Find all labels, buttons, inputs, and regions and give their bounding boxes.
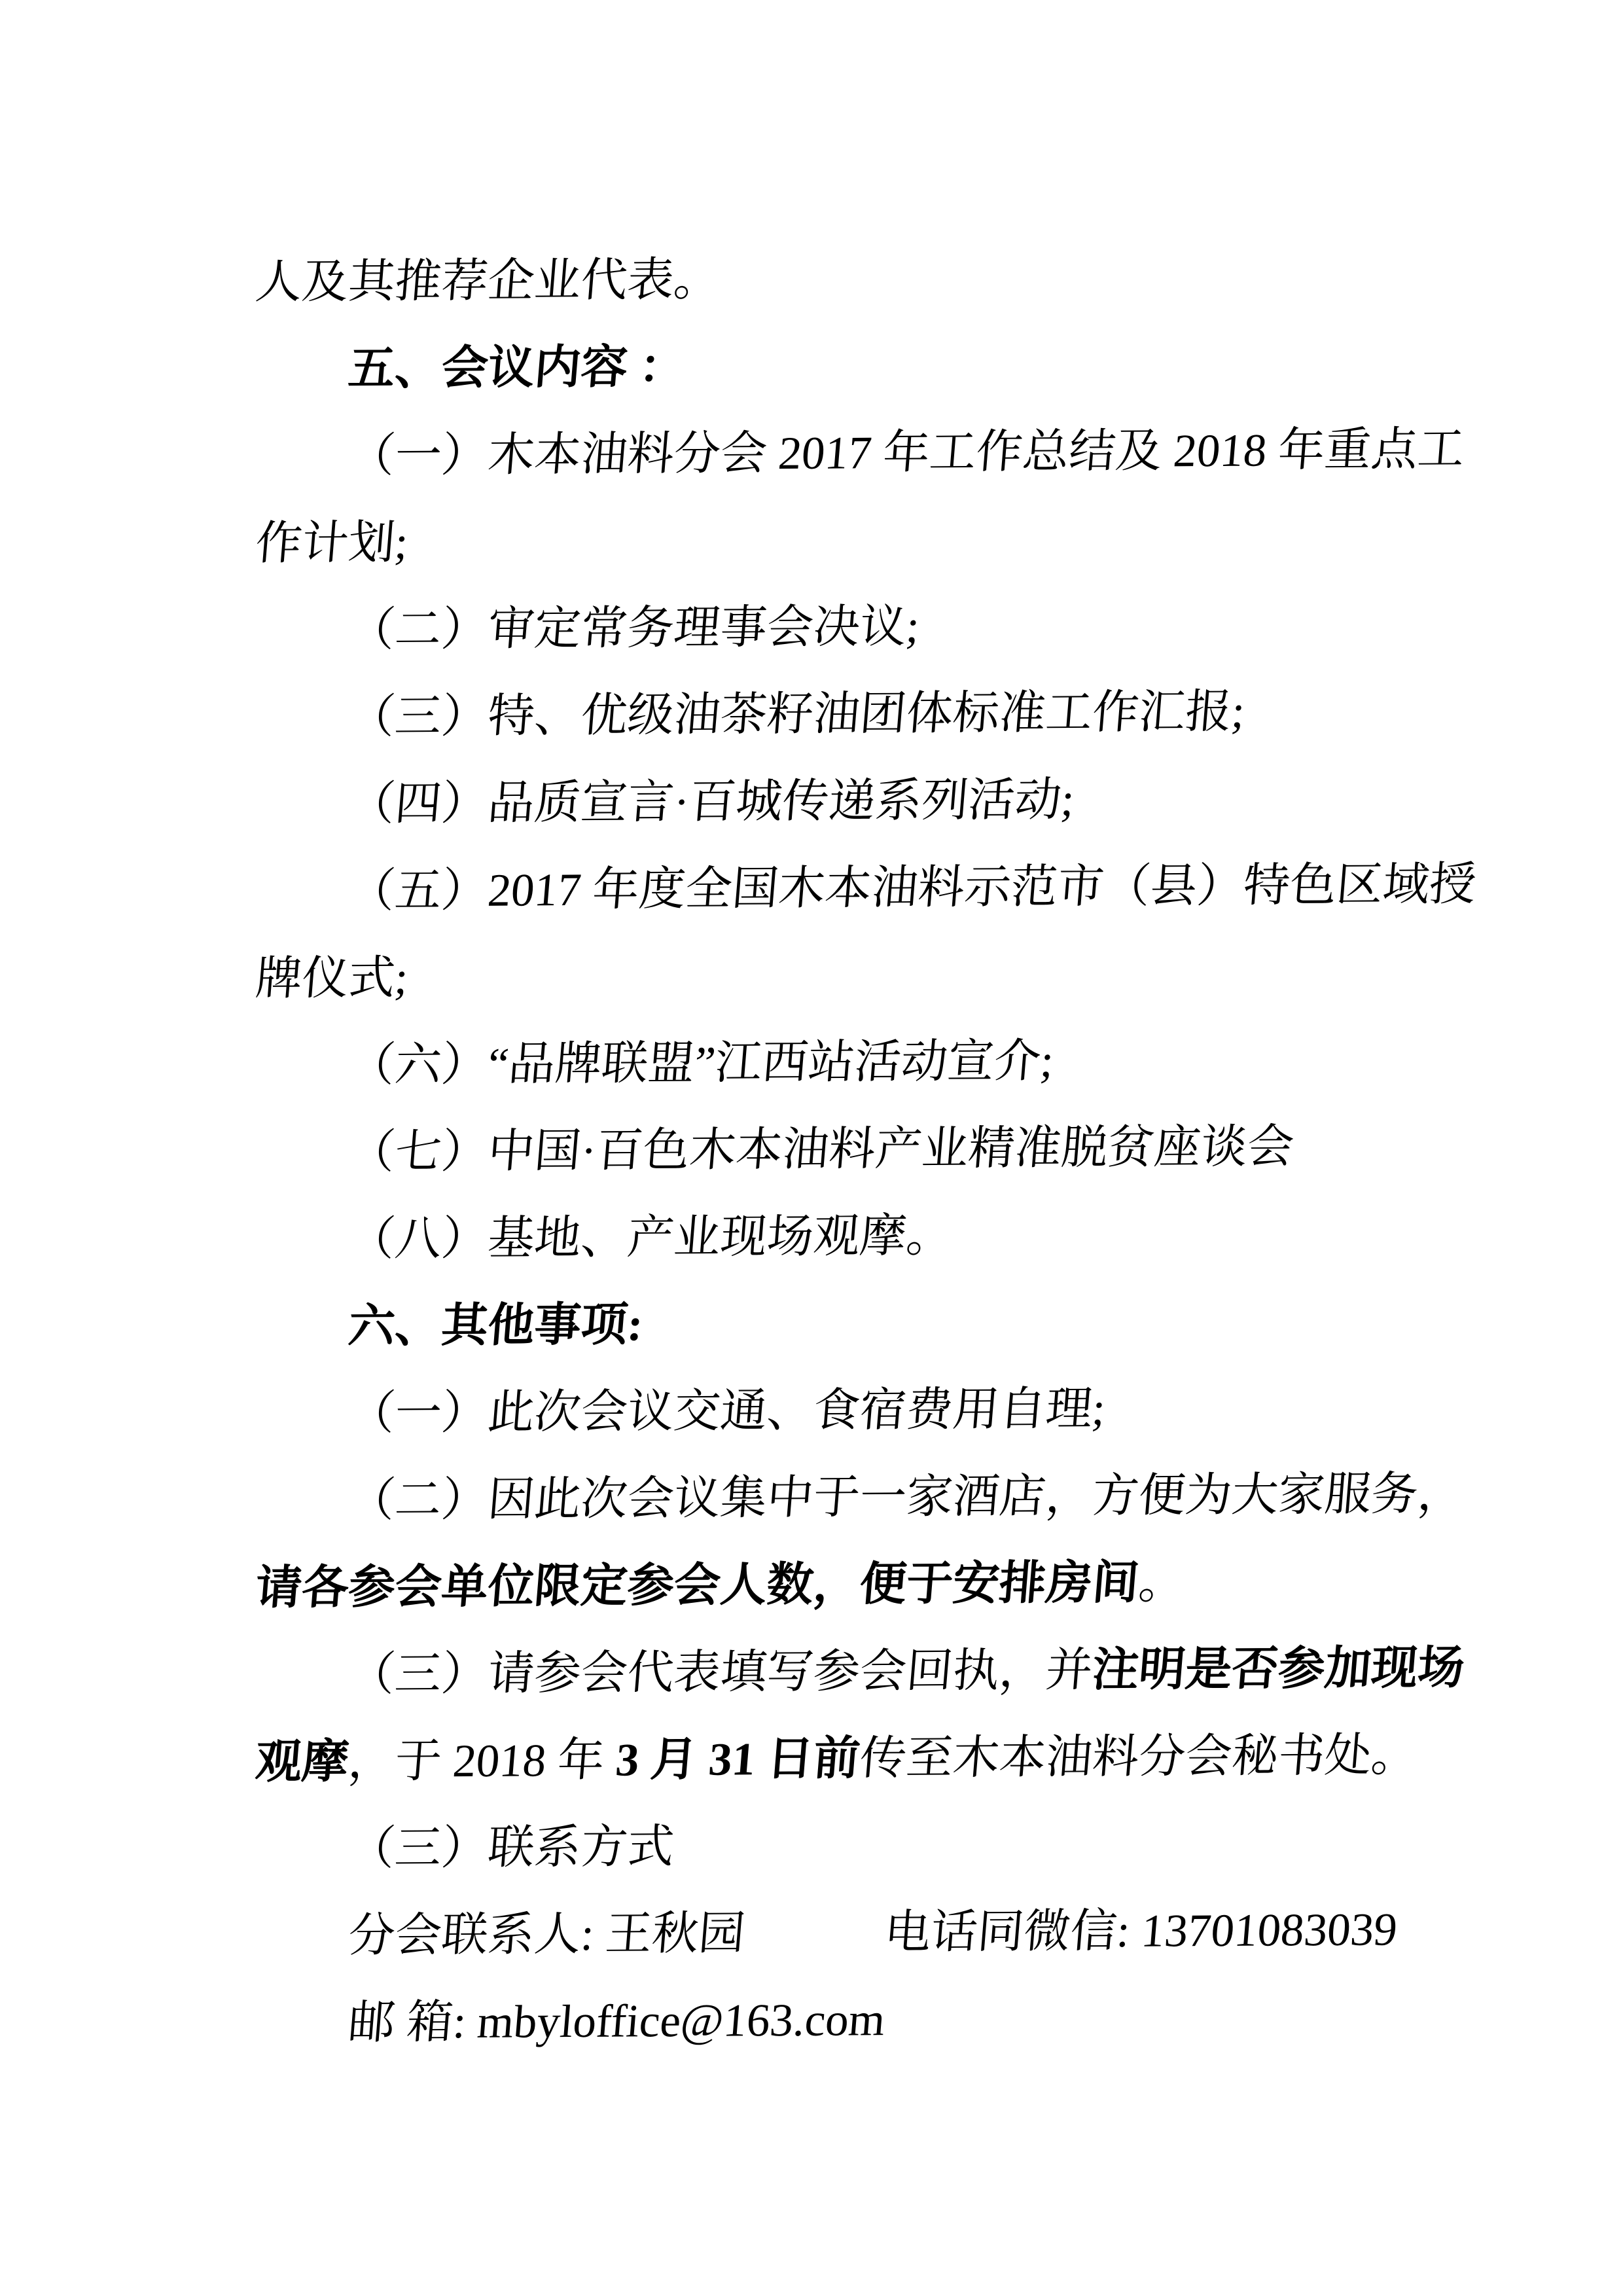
heading-text-run: 五、会议内容 ： — [346, 342, 687, 395]
text-run: （一）此次会议交通、食宿费用自理; — [346, 1384, 1107, 1439]
item-6-2-line-1: （二）因此次会议集中于一家酒店，方便为大家服务， — [252, 1451, 1385, 1545]
heading-section-5-meeting-content: 五、会议内容 ： — [252, 319, 1385, 414]
item-5-5-line-2: 牌仪式; — [252, 929, 1385, 1023]
item-6-2-line-2: 请各参会单位限定参会人数，便于安排房间。 — [252, 1538, 1385, 1632]
text-run: （三）请参会代表填写参会回执，并 — [346, 1645, 1094, 1700]
text-run: （三）特、优级油茶籽油团体标准工作汇报; — [346, 687, 1247, 743]
text-run: 人及其推荐企业代表。 — [253, 255, 722, 308]
text-run: 传至木本油料分会秘书处。 — [858, 1730, 1420, 1784]
contact-person-phone-line: 分会联系人: 王秋园 电话同微信: 13701083039 — [252, 1886, 1385, 1981]
item-5-6: （六）“品牌联盟”江西站活动宣介; — [252, 1016, 1385, 1110]
heading-section-6-other-matters: 六、其他事项: — [252, 1277, 1385, 1371]
paragraph-attendees-continuation: 人及其推荐企业代表。 — [252, 232, 1385, 327]
text-run: （四）品质宣言·百城传递系列活动; — [346, 774, 1076, 830]
text-run: （五）2017 年度全国木本油料示范市（县）特色区域授 — [346, 859, 1478, 918]
text-run: （二）审定常务理事会决议; — [346, 601, 921, 656]
text-run: 分会联系人: 王秋园 电话同微信: 13701083039 — [346, 1904, 1399, 1962]
text-run: （二）因此次会议集中于一家酒店，方便为大家服务， — [346, 1469, 1466, 1526]
bold-text-run: 请各参会单位限定参会人数，便于安排房间 — [253, 1558, 1141, 1614]
text-run: 牌仪式; — [253, 953, 410, 1005]
text-run: 邮 箱: mbyloffice@163.com — [346, 1994, 887, 2049]
item-6-1: （一）此次会议交通、食宿费用自理; — [252, 1364, 1385, 1458]
text-run: ，于 2018 年 — [346, 1735, 618, 1787]
item-contact-heading: （三）联系方式 — [252, 1799, 1385, 1893]
item-5-2: （二）审定常务理事会决议; — [252, 581, 1385, 675]
document-page: 人及其推荐企业代表。 五、会议内容 ： （一）木本油料分会 2017 年工作总结… — [0, 0, 1623, 2296]
item-6-3-line-2: 观摩，于 2018 年 3 月 31 日前传至木本油料分会秘书处。 — [252, 1712, 1385, 1806]
item-5-4: （四）品质宣言·百城传递系列活动; — [252, 755, 1385, 849]
text-run: （三）联系方式 — [346, 1821, 676, 1874]
item-5-7: （七）中国·百色木本油料产业精准脱贫座谈会 — [252, 1103, 1385, 1197]
contact-email-line: 邮 箱: mbyloffice@163.com — [252, 1973, 1385, 2068]
item-5-1-line-2: 作计划; — [252, 493, 1385, 588]
text-run: 作计划; — [253, 518, 410, 569]
item-5-1-line-1: （一）木本油料分会 2017 年工作总结及 2018 年重点工 — [252, 406, 1385, 501]
heading-text-run: 六、其他事项: — [346, 1299, 645, 1352]
text-run: （八）基地、产业现场观摩。 — [346, 1210, 955, 1265]
item-5-8: （八）基地、产业现场观摩。 — [252, 1190, 1385, 1284]
text-run: （一）木本油料分会 2017 年工作总结及 2018 年重点工 — [346, 424, 1466, 482]
bold-text-run: 3 月 31 日前 — [614, 1733, 862, 1785]
item-5-3: （三）特、优级油茶籽油团体标准工作汇报; — [252, 668, 1385, 762]
item-6-3-line-1: （三）请参会代表填写参会回执，并注明是否参加现场 — [252, 1625, 1385, 1719]
text-run: （七）中国·百色木本油料产业精准脱贫座谈会 — [346, 1121, 1296, 1178]
bold-text-run: 观摩 — [253, 1736, 350, 1788]
item-5-5-line-1: （五）2017 年度全国木本油料示范市（县）特色区域授 — [252, 842, 1385, 936]
text-run: 。 — [1137, 1557, 1187, 1608]
bold-text-run: 注明是否参加现场 — [1090, 1643, 1467, 1696]
text-run: （六）“品牌联盟”江西站活动宣介; — [346, 1036, 1056, 1092]
document-content: 人及其推荐企业代表。 五、会议内容 ： （一）木本油料分会 2017 年工作总结… — [252, 240, 1378, 2068]
